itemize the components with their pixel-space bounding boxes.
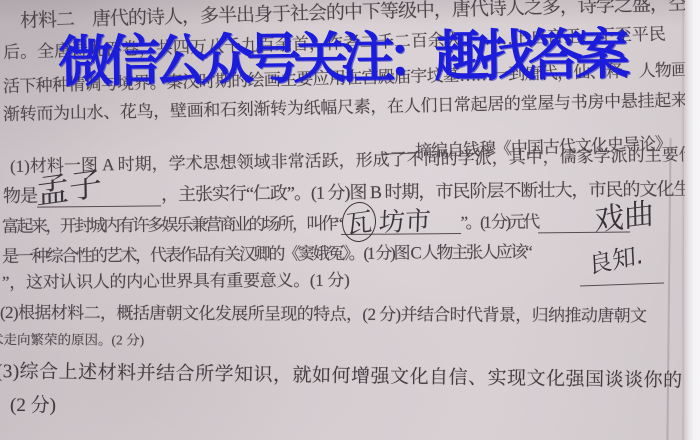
question-1-line: 富起来，开封城内有许多娱乐兼营商业的场所，叫作“”。(1 分)元代 [2, 207, 630, 238]
question-1-line: ”，这对认识人的内心世界具有重要意义。(1 分) [2, 266, 350, 293]
answer-blank [580, 283, 664, 287]
question-2-line: 化艺术走向繁荣的原因。(2 分) [0, 328, 144, 349]
handwritten-answer-mengzi: 孟子 [36, 157, 102, 214]
watermark-text: 微信公众号关注：趣找答案 [57, 10, 622, 97]
exam-text-segment: 物是 [3, 186, 37, 206]
handwritten-answer-wazi: 瓦坊市 [341, 199, 431, 242]
exam-text-segment: ”。(1 分)元代 [460, 212, 537, 232]
paper-edge-shadow [681, 0, 684, 440]
question-3-line: (2 分) [10, 390, 56, 417]
handwriting-text: 坊市 [378, 206, 431, 238]
scan-edge-strip [685, 0, 700, 440]
question-1-line: (1)材料一图 A 时期，学术思想领域非常活跃，形成了不同的学派，其中，儒家学派… [10, 140, 700, 177]
circled-character: 瓦 [341, 200, 378, 244]
handwritten-answer-xiqu: 戏曲 [594, 188, 654, 240]
question-2-line: (2)根据材料二，概括唐朝文化发展所呈现的特点，(2 分)并结合时代背景，归纳推… [0, 298, 647, 326]
handwritten-answer-liangzhi: 良知. [588, 235, 644, 281]
exam-text-segment: 富起来，开封城内有许多娱乐兼营商业的场所，叫作“ [2, 214, 341, 236]
question-1-line: 是一种综合性的艺术，代表作品有关汉卿的《窦娥冤》。(1 分)图 C 人物主张人应… [2, 237, 531, 267]
question-3-line: (3)综合上述材料并结合所学知识，就如何增强文化自信、实现文化强国谈谈你的 [0, 356, 683, 393]
